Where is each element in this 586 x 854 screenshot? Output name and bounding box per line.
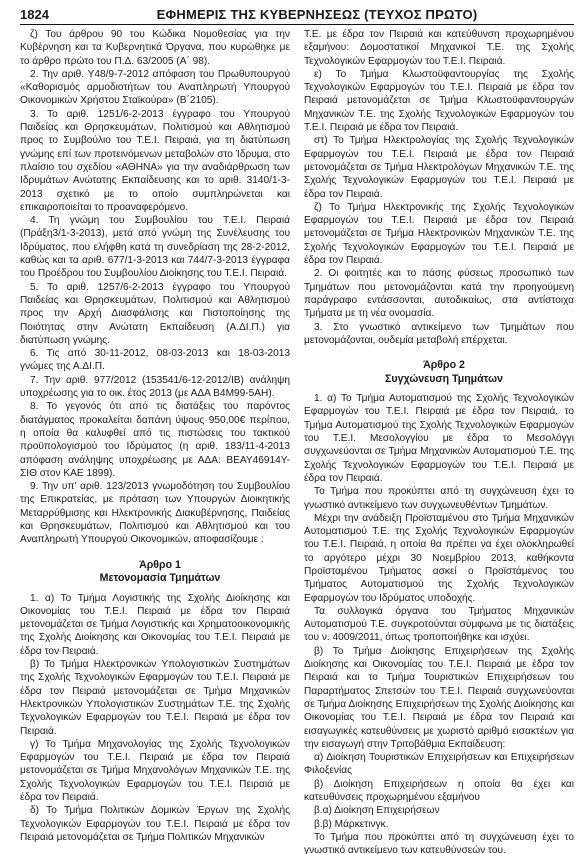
article-paragraph: 1. α) Το Τμήμα Λογιστικής της Σχολής Διο… (20, 592, 290, 658)
article-2-title: Συγχώνευση Τμημάτων (304, 373, 574, 387)
page-header: 1824 ΕΦΗΜΕΡΙΣ ΤΗΣ ΚΥΒΕΡΝΗΣΕΩΣ (ΤΕΥΧΟΣ ΠΡ… (20, 5, 574, 25)
article-paragraph: Το Τμήμα που προκύπτει από τη συγχώνευση… (304, 831, 574, 854)
preamble-paragraph: 4. Τη γνώμη του Συμβουλίου του Τ.Ε.Ι. Πε… (20, 214, 290, 280)
article-paragraph: γ) Το Τμήμα Μηχανολογίας της Σχολής Τεχν… (20, 738, 290, 804)
article-paragraph: Το Τμήμα που προκύπτει από τη συγχώνευση… (304, 485, 574, 512)
preamble-paragraph: 5. Το αριθ. 1257/6-2-2013 έγγραφο του Υπ… (20, 281, 290, 347)
continuation-paragraph: Τ.Ε. με έδρα τον Πειραιά και κατεύθυνση … (304, 28, 574, 68)
article-paragraph: 1. α) Το Τμήμα Αυτοματισμού της Σχολής Τ… (304, 392, 574, 485)
article-paragraph: στ) Το Τμήμα Ηλεκτρολογίας της Σχολής Τε… (304, 134, 574, 200)
list-item: β.α) Διοίκηση Επιχειρήσεων (304, 804, 574, 817)
article-2-number: Άρθρο 2 (304, 359, 574, 373)
gazette-title: ΕΦΗΜΕΡΙΣ ΤΗΣ ΚΥΒΕΡΝΗΣΕΩΣ (ΤΕΥΧΟΣ ΠΡΩΤΟ) (20, 7, 574, 22)
article-paragraph: Μέχρι την ανάδειξη Προϊσταμένου στο Τμήμ… (304, 512, 574, 605)
list-item: β) Διοίκηση Επιχειρήσεων η οποία θα έχει… (304, 778, 574, 805)
article-1-number: Άρθρο 1 (20, 559, 290, 573)
article-paragraph: β) Το Τμήμα Διοίκησης Επιχειρήσεων της Σ… (304, 645, 574, 751)
header-divider (20, 24, 574, 25)
preamble-paragraph: 6. Τις από 30-11-2012, 08-03-2013 και 18… (20, 347, 290, 374)
article-paragraph: Τα συλλογικά όργανα του Τμήματος Μηχανικ… (304, 605, 574, 645)
preamble-paragraph: 7. Την αριθ. 977/2012 (153541/6-12-2012/… (20, 374, 290, 401)
left-column: ζ) Του άρθρου 90 του Κώδικα Νομοθεσίας γ… (20, 28, 290, 844)
preamble-paragraph: 9. Την υπ' αριθ. 123/2013 γνωμοδότηση το… (20, 480, 290, 546)
right-column: Τ.Ε. με έδρα τον Πειραιά και κατεύθυνση … (304, 28, 574, 854)
article-paragraph: δ) Το Τμήμα Πολιτικών Δομικών Έργων της … (20, 804, 290, 844)
article-1-title: Μετονομασία Τμημάτων (20, 572, 290, 586)
article-paragraph: 3. Στο γνωστικό αντικείμενο των Τμημάτων… (304, 321, 574, 348)
preamble-paragraph: 3. Το αριθ. 1251/6-2-2013 έγγραφο του Υπ… (20, 108, 290, 214)
list-item: β.β) Μάρκετινγκ. (304, 818, 574, 831)
preamble-paragraph: ζ) Του άρθρου 90 του Κώδικα Νομοθεσίας γ… (20, 28, 290, 68)
article-paragraph: ζ) Το Τμήμα Ηλεκτρονικής της Σχολής Τεχν… (304, 201, 574, 267)
preamble-paragraph: 2. Την αριθ. Υ48/9-7-2012 απόφαση του Πρ… (20, 68, 290, 108)
preamble-paragraph: 8. Το γεγονός ότι από τις διατάξεις του … (20, 400, 290, 480)
article-paragraph: β) Το Τμήμα Ηλεκτρονικών Υπολογιστικών Σ… (20, 658, 290, 738)
article-paragraph: 2. Οι φοιτητές και το πάσης φύσεως προσω… (304, 267, 574, 320)
article-paragraph: ε) Το Τμήμα Κλωστοϋφαντουργίας της Σχολή… (304, 68, 574, 134)
list-item: α) Διοίκηση Τουριστικών Επιχειρήσεων και… (304, 751, 574, 778)
